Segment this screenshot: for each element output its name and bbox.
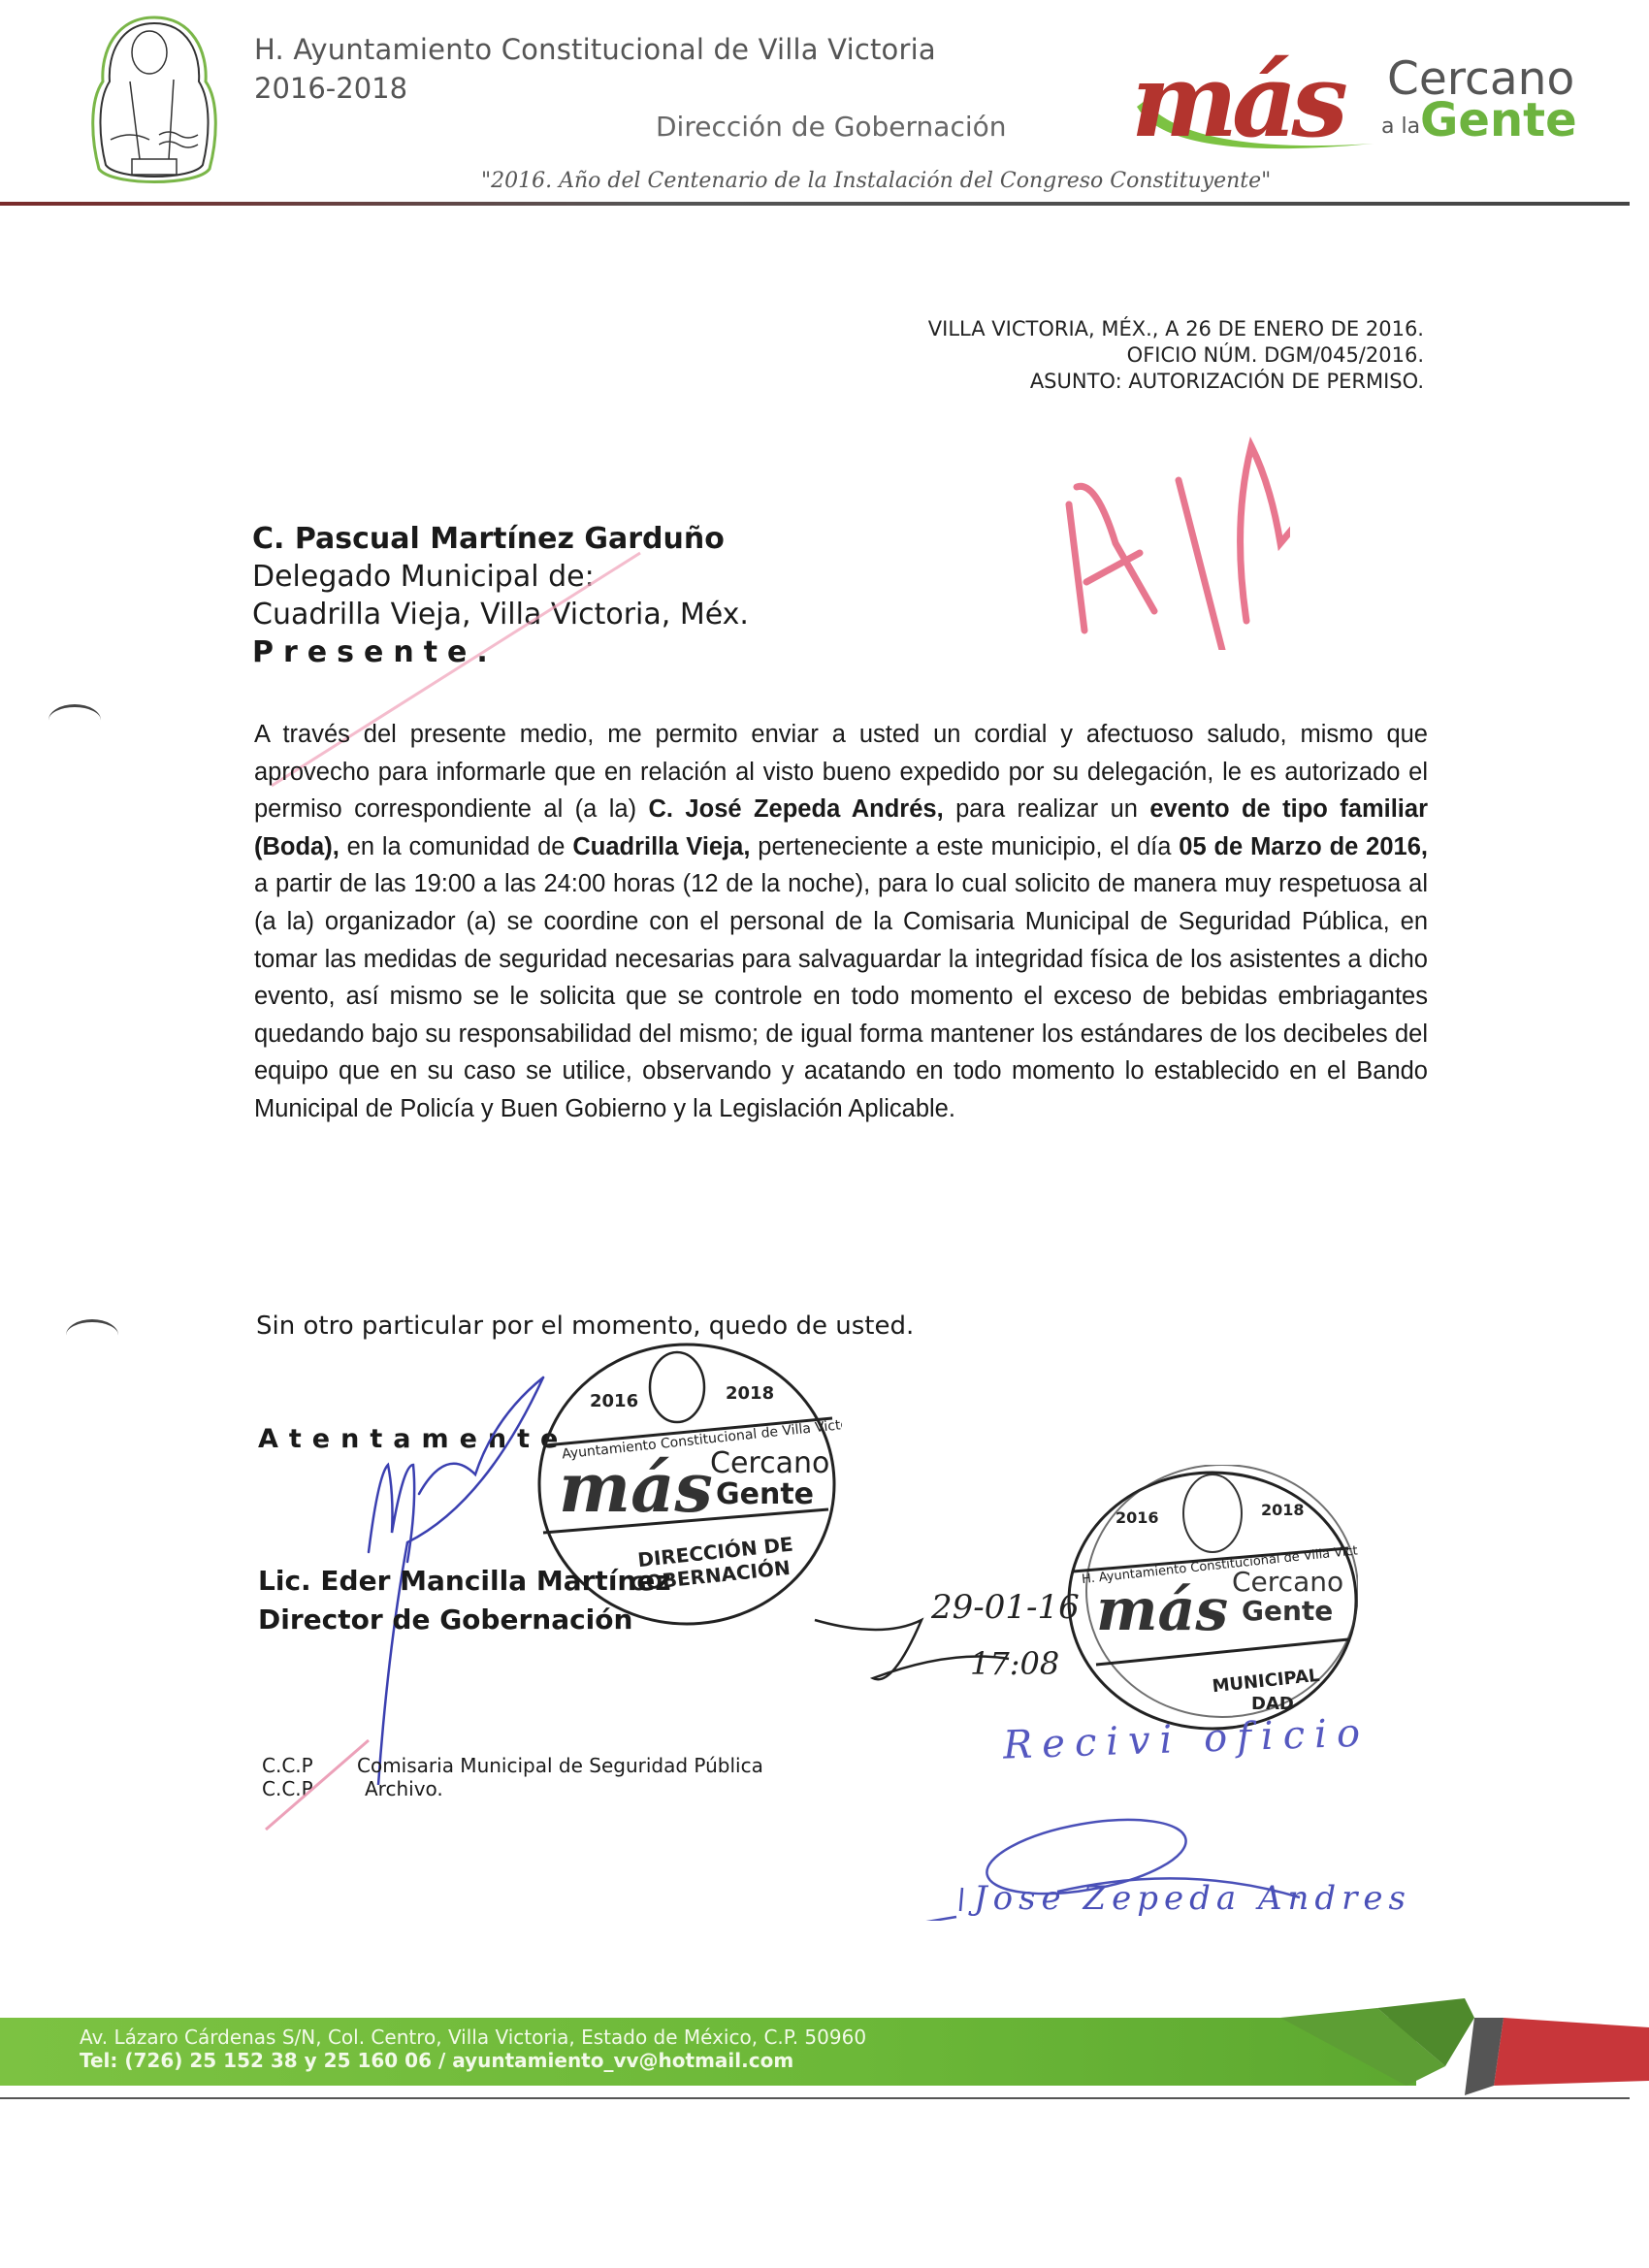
event-date: 05 de Marzo de 2016, [1179,833,1428,860]
footer-contact: Av. Lázaro Cárdenas S/N, Col. Centro, Vi… [80,2025,866,2072]
closing-line: Sin otro particular por el momento, qued… [256,1312,914,1341]
signer-name: Lic. Eder Mancilla Martínez [258,1562,671,1601]
brand-a-la: a la [1381,114,1420,139]
pink-pencil-strike-lower [262,1736,378,1833]
brand-mas: más [1131,50,1342,151]
signer-block: Lic. Eder Mancilla Martínez Director de … [258,1562,671,1639]
recipient-signature: Jose Zepeda Andres [892,1814,1465,1921]
administration-period: 2016-2018 [254,72,407,105]
svg-text:Cercano: Cercano [1232,1566,1343,1598]
svg-text:Cercano: Cercano [710,1446,829,1480]
authorized-person: C. José Zepeda Andrés, [649,795,944,823]
signer-title: Director de Gobernación [258,1601,671,1639]
place-date: VILLA VICTORIA, MÉX., A 26 DE ENERO DE 2… [928,316,1424,342]
svg-text:2018: 2018 [726,1383,774,1404]
svg-text:Gente: Gente [716,1477,814,1511]
document-meta: VILLA VICTORIA, MÉX., A 26 DE ENERO DE 2… [928,316,1424,395]
municipal-crest-logo [81,14,227,190]
svg-text:2016: 2016 [590,1391,638,1411]
punch-hole-mark [66,1319,118,1351]
subject: ASUNTO: AUTORIZACIÓN DE PERMISO. [928,369,1424,395]
year-motto: "2016. Año del Centenario de la Instalac… [481,169,1271,193]
footer-divider [0,2097,1630,2099]
svg-text:2018: 2018 [1261,1501,1305,1519]
handwritten-initials-mark [1057,427,1290,650]
footer-address: Av. Lázaro Cárdenas S/N, Col. Centro, Vi… [80,2025,866,2049]
footer-phone-email: Tel: (726) 25 152 38 y 25 160 06 / ayunt… [80,2049,866,2072]
header-divider [0,202,1630,206]
svg-text:más: más [1096,1576,1228,1644]
svg-text:Jose Zepeda Andres: Jose Zepeda Andres [968,1879,1411,1918]
mas-cercano-brand-logo: más Cercano a la Gente [1131,39,1591,165]
punch-hole-mark [48,704,101,736]
institution-name: H. Ayuntamiento Constitucional de Villa … [254,33,936,66]
community-name: Cuadrilla Vieja, [572,833,750,860]
svg-text:2016: 2016 [1115,1508,1159,1527]
oficio-number: OFICIO NÚM. DGM/045/2016. [928,342,1424,369]
svg-text:29-01-16: 29-01-16 [930,1588,1080,1627]
svg-text:DAD: DAD [1251,1694,1294,1714]
svg-text:17:08: 17:08 [970,1645,1059,1682]
municipal-receipt-stamp: 2016 2018 H. Ayuntamiento Constitucional… [1057,1465,1358,1736]
received-date-mark: 29-01-16 17:08 [805,1581,1096,1688]
svg-text:Gente: Gente [1242,1595,1333,1627]
brand-gente: Gente [1420,93,1577,147]
letter-body: A través del presente medio, me permito … [254,716,1428,1128]
department-name: Dirección de Gobernación [656,111,1007,143]
footer-graphic [1280,1960,1649,2105]
